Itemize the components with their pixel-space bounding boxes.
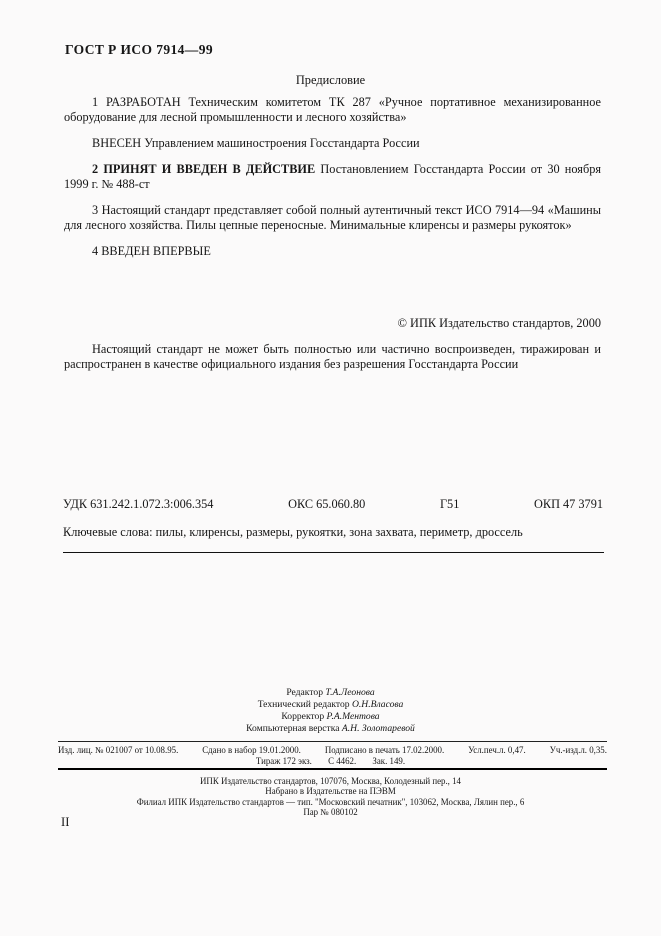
foreword-section: 1 РАЗРАБОТАН Техническим комитетом ТК 28… [64, 95, 601, 270]
credit-tech-editor: Технический редактор О.Н.Власова [0, 699, 661, 711]
credit-tech-editor-name: О.Н.Власова [352, 699, 403, 710]
copyright-restriction: Настоящий стандарт не может быть полност… [64, 342, 601, 372]
oks-code: ОКС 65.060.80 [288, 497, 365, 512]
imprint-order-number: Зак. 149. [372, 756, 405, 766]
foreword-item-1: 1 РАЗРАБОТАН Техническим комитетом ТК 28… [64, 95, 601, 125]
imprint-circulation: Тираж 172 экз. [256, 756, 312, 766]
credit-layout: Компьютерная верстка А.Н. Золотаревой [0, 723, 661, 735]
publisher-typeset-note: Набрано в Издательстве на ПЭВМ [0, 786, 661, 796]
foreword-item-2: 2 ПРИНЯТ И ВВЕДЕН В ДЕЙСТВИЕ Постановлен… [64, 162, 601, 192]
foreword-item-3-text: Настоящий стандарт представляет собой по… [64, 203, 601, 232]
foreword-item-4: 4 ВВЕДЕН ВПЕРВЫЕ [64, 244, 601, 259]
publisher-address: ИПК Издательство стандартов, 107076, Мос… [0, 776, 661, 786]
document-page: ГОСТ Р ИСО 7914—99 Предисловие 1 РАЗРАБО… [0, 0, 661, 936]
foreword-item-vnesen: ВНЕСЕН Управлением машиностроения Госста… [64, 136, 601, 151]
horizontal-rule-keywords [63, 552, 604, 553]
horizontal-rule-imprint-top [58, 741, 607, 742]
credit-layout-role: Компьютерная верстка [246, 723, 339, 734]
imprint-typeset-date: Сдано в набор 19.01.2000. [202, 745, 301, 755]
okp-code: ОКП 47 3791 [534, 497, 603, 512]
credit-editor: Редактор Т.А.Леонова [0, 687, 661, 699]
publisher-branch-address: Филиал ИПК Издательство стандартов — тип… [0, 797, 661, 807]
credit-editor-role: Редактор [286, 687, 323, 698]
publisher-plr-number: Пар № 080102 [0, 807, 661, 817]
copyright-notice: © ИПК Издательство стандартов, 2000 [64, 316, 601, 331]
horizontal-rule-imprint-bottom [58, 768, 607, 770]
keywords: Ключевые слова: пилы, клиренсы, размеры,… [63, 525, 603, 540]
credit-corrector-role: Корректор [281, 711, 324, 722]
foreword-item-1-lead: 1 РАЗРАБОТАН [92, 95, 181, 109]
page-number: II [61, 815, 69, 830]
foreword-item-3: 3 Настоящий стандарт представляет собой … [64, 203, 601, 233]
imprint-c-number: С 4462. [328, 756, 356, 766]
publisher-block: ИПК Издательство стандартов, 107076, Мос… [0, 776, 661, 818]
imprint-row-1: Изд. лиц. № 021007 от 10.08.95. Сдано в … [58, 745, 607, 755]
foreword-item-4-lead: 4 ВВЕДЕН ВПЕРВЫЕ [92, 244, 211, 258]
classification-row: УДК 631.242.1.072.3:006.354 ОКС 65.060.8… [63, 497, 603, 512]
imprint-row-2: Тираж 172 экз. С 4462. Зак. 149. [0, 756, 661, 766]
foreword-item-vnesen-lead: ВНЕСЕН [92, 136, 141, 150]
credit-layout-name: А.Н. Золотаревой [342, 723, 415, 734]
credits-block: Редактор Т.А.Леонова Технический редакто… [0, 687, 661, 735]
group-code: Г51 [440, 497, 459, 512]
foreword-item-2-lead: 2 ПРИНЯТ И ВВЕДЕН В ДЕЙСТВИЕ [92, 162, 315, 176]
credit-editor-name: Т.А.Леонова [325, 687, 374, 698]
credit-corrector: Корректор Р.А.Ментова [0, 711, 661, 723]
doc-code: ГОСТ Р ИСО 7914—99 [65, 42, 213, 58]
udk-code: УДК 631.242.1.072.3:006.354 [63, 497, 213, 512]
credit-tech-editor-role: Технический редактор [258, 699, 350, 710]
imprint-license: Изд. лиц. № 021007 от 10.08.95. [58, 745, 178, 755]
foreword-item-3-lead: 3 [92, 203, 98, 217]
imprint-pub-sheets: Уч.-изд.л. 0,35. [550, 745, 607, 755]
imprint-press-sheets: Усл.печ.л. 0,47. [468, 745, 526, 755]
credit-corrector-name: Р.А.Ментова [327, 711, 380, 722]
foreword-title: Предисловие [0, 73, 661, 88]
imprint-print-date: Подписано в печать 17.02.2000. [325, 745, 444, 755]
foreword-item-vnesen-text: Управлением машиностроения Госстандарта … [144, 136, 419, 150]
